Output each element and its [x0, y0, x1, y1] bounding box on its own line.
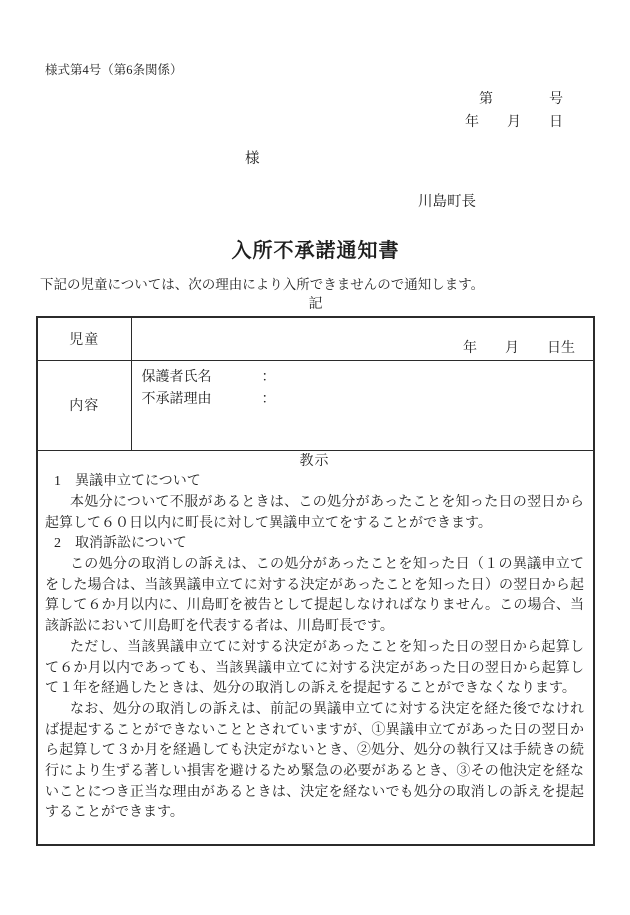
- instruction-header: 教示: [45, 452, 584, 473]
- child-row-label: 児童: [37, 317, 131, 360]
- notice-table: 児童 年 月 日生 内容 保護者氏名： 不承諾理由： 教示 1 異議申立てについ…: [36, 316, 595, 846]
- guardian-name-field: 保護者氏名：: [142, 367, 584, 389]
- instruction-cell: 教示 1 異議申立てについて 本処分について不服があるときは、この処分があったこ…: [37, 450, 594, 845]
- form-number: 様式第4号（第6条関係）: [45, 62, 595, 78]
- date-line: 年 月 日: [36, 111, 563, 134]
- guardian-name-colon: ：: [262, 370, 276, 385]
- instruction-item2-paragraph-1: この処分の取消しの訴えは、この処分があったことを知った日（１の異議申立てをした場…: [45, 555, 584, 638]
- intro-text: 下記の児童については、次の理由により入所できませんので通知します。: [40, 277, 595, 293]
- refusal-reason-label: 不承諾理由: [142, 389, 262, 411]
- instruction-item1-title: 1 異議申立てについて: [45, 472, 584, 493]
- document-number-block: 第 号 年 月 日: [36, 88, 563, 134]
- instruction-item1-body: 本処分について不服があるときは、この処分があったことを知った日の翌日から起算して…: [45, 493, 584, 534]
- content-row: 内容 保護者氏名： 不承諾理由：: [37, 360, 594, 450]
- refusal-reason-colon: ：: [262, 392, 276, 407]
- instruction-item2-paragraph-2: ただし、当該異議申立てに対する決定があったことを知った日の翌日から起算して６か月…: [45, 638, 584, 700]
- addressee-honorific: 様: [245, 151, 260, 167]
- birthdate-line: 年 月 日生: [463, 341, 575, 356]
- refusal-reason-field: 不承諾理由：: [142, 389, 584, 411]
- child-row: 児童 年 月 日生: [37, 317, 594, 360]
- content-row-label: 内容: [37, 360, 131, 450]
- child-value-cell: 年 月 日生: [131, 317, 594, 360]
- instruction-item2-paragraph-3: なお、処分の取消しの訴えは、前記の異議申立てに対する決定を経た後でなければ提起す…: [45, 700, 584, 824]
- sender-name: 川島町長: [36, 194, 595, 211]
- content-value-cell: 保護者氏名： 不承諾理由：: [131, 360, 594, 450]
- instruction-item2-title: 2 取消訴訟について: [45, 534, 584, 555]
- document-page: 様式第4号（第6条関係） 第 号 年 月 日 様 川島町長 入所不承諾通知書 下…: [0, 0, 630, 915]
- document-number-line: 第 号: [36, 88, 563, 111]
- page-title: 入所不承諾通知書: [36, 240, 595, 262]
- record-marker: 記: [36, 297, 595, 313]
- instruction-row: 教示 1 異議申立てについて 本処分について不服があるときは、この処分があったこ…: [37, 450, 594, 845]
- addressee-line: 様: [36, 151, 595, 168]
- guardian-name-label: 保護者氏名: [142, 367, 262, 389]
